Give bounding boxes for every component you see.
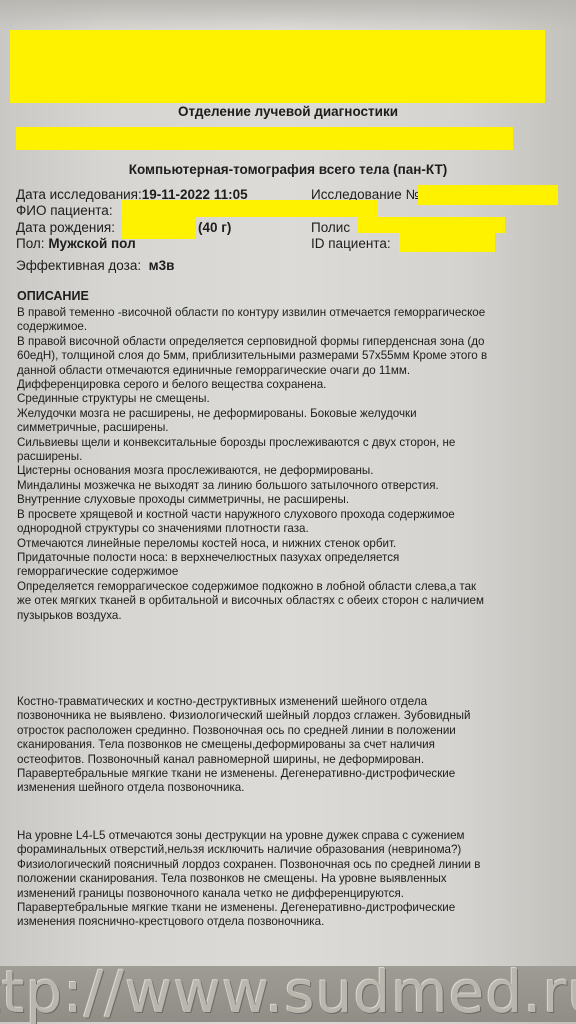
text-line: Внутренние слуховые проходы симметричны,… — [17, 493, 537, 507]
redacted-study-number — [418, 185, 558, 205]
text-line: В просвете хрящевой и костной части нару… — [17, 508, 537, 522]
text-line: остеофитов. Позвоночный канал равномерно… — [17, 753, 537, 767]
text-line: симметричные, расширены. — [17, 421, 537, 435]
text-line: Определяется геморрагическое содержимое … — [17, 580, 537, 594]
sex-label: Пол: — [16, 236, 45, 251]
text-line: Желудочки мозга не расширены, не деформи… — [17, 407, 537, 421]
text-line: отросток расположен срединно. Позвоночна… — [17, 724, 537, 738]
policy-label: Полис — [311, 220, 350, 235]
text-line: сканирования. Тела позвонков не смещены,… — [17, 738, 537, 752]
sex-field: Пол: Мужской пол — [16, 236, 136, 251]
text-line: изменений границы позвоночного канала че… — [17, 887, 537, 901]
patient-id-label: ID пациента: — [311, 236, 391, 251]
text-line: В правой височной области определяется с… — [17, 335, 537, 349]
text-line: однородной структуры со значениями плотн… — [17, 522, 537, 536]
text-line: изменения пояснично-крестцового отдела п… — [17, 915, 537, 929]
text-line: позвоночника не выявлено. Физиологически… — [17, 709, 537, 723]
text-line: Костно-травматических и костно-деструкти… — [17, 695, 537, 709]
lumbar-spine-findings: На уровне L4-L5 отмечаются зоны деструкц… — [17, 829, 537, 930]
patient-id-field: ID пациента: — [311, 236, 391, 251]
text-line: содержимое. — [17, 320, 537, 334]
head-findings: В правой теменно -височной области по ко… — [17, 306, 537, 623]
cervical-spine-findings: Костно-травматических и костно-деструкти… — [17, 695, 537, 796]
dose-value: м3в — [149, 258, 175, 273]
paper-edge-shadow — [0, 0, 576, 30]
patient-name-field: ФИО пациента: — [16, 203, 113, 218]
text-line: Сильвиевы щели и конвекситальные борозды… — [17, 436, 537, 450]
text-line: На уровне L4-L5 отмечаются зоны деструкц… — [17, 829, 537, 843]
department-name: Отделение лучевой диагностики — [0, 104, 576, 119]
text-line: же отек мягких тканей в орбитальной и ви… — [17, 594, 537, 608]
dose-label: Эффективная доза: — [16, 258, 141, 273]
text-line: пузырьков воздуха. — [17, 609, 537, 623]
redacted-patient-name — [121, 200, 378, 217]
text-line: изменения шейного отдела позвоночника. — [17, 781, 537, 795]
dose-field: Эффективная доза: м3в — [16, 258, 174, 273]
patient-name-label: ФИО пациента: — [16, 203, 113, 218]
text-line: Миндалины мозжечка не выходят за линию б… — [17, 479, 537, 493]
redacted-institution-header — [10, 30, 545, 103]
text-line: Срединные структуры не смещены. — [17, 392, 537, 406]
description-heading: ОПИСАНИЕ — [17, 289, 89, 303]
policy-field: Полис — [311, 220, 350, 235]
birth-date-field: Дата рождения: — [16, 220, 115, 235]
text-line: Дифференцировка серого и белого вещества… — [17, 378, 537, 392]
watermark-url: ttp://www.sudmed.ru — [0, 958, 576, 1024]
text-line: В правой теменно -височной области по ко… — [17, 306, 537, 320]
text-line: Отмечаются линейные переломы костей носа… — [17, 537, 537, 551]
text-line: фораминальных отверстий,нельзя исключить… — [17, 843, 537, 857]
text-line: Паравертебральные мягкие ткани не измене… — [17, 767, 537, 781]
text-line: Паравертебральные мягкие ткани не измене… — [17, 901, 537, 915]
text-line: положении сканирования. Тела позвонков н… — [17, 872, 537, 886]
age-field: (40 г) — [198, 220, 231, 235]
text-line: расширены. — [17, 450, 537, 464]
text-line: данной области отмечаются единичные гемо… — [17, 364, 537, 378]
birth-date-label: Дата рождения: — [16, 220, 115, 235]
text-line: геморрагические содержимое — [17, 565, 537, 579]
text-line: Цистерны основания мозга прослеживаются,… — [17, 464, 537, 478]
redacted-patient-id — [399, 231, 495, 252]
text-line: Физиологический поясничный лордоз сохран… — [17, 858, 537, 872]
document-title: Компьютерная-томография всего тела (пан-… — [0, 162, 576, 177]
sex-value: Мужской пол — [48, 236, 135, 251]
text-line: 60едН), толщиной слоя до 5мм, приблизите… — [17, 349, 537, 363]
text-line: Придаточные полости носа: в верхнечелюст… — [17, 551, 537, 565]
redacted-address — [16, 127, 513, 150]
age-value: (40 г) — [198, 220, 231, 235]
